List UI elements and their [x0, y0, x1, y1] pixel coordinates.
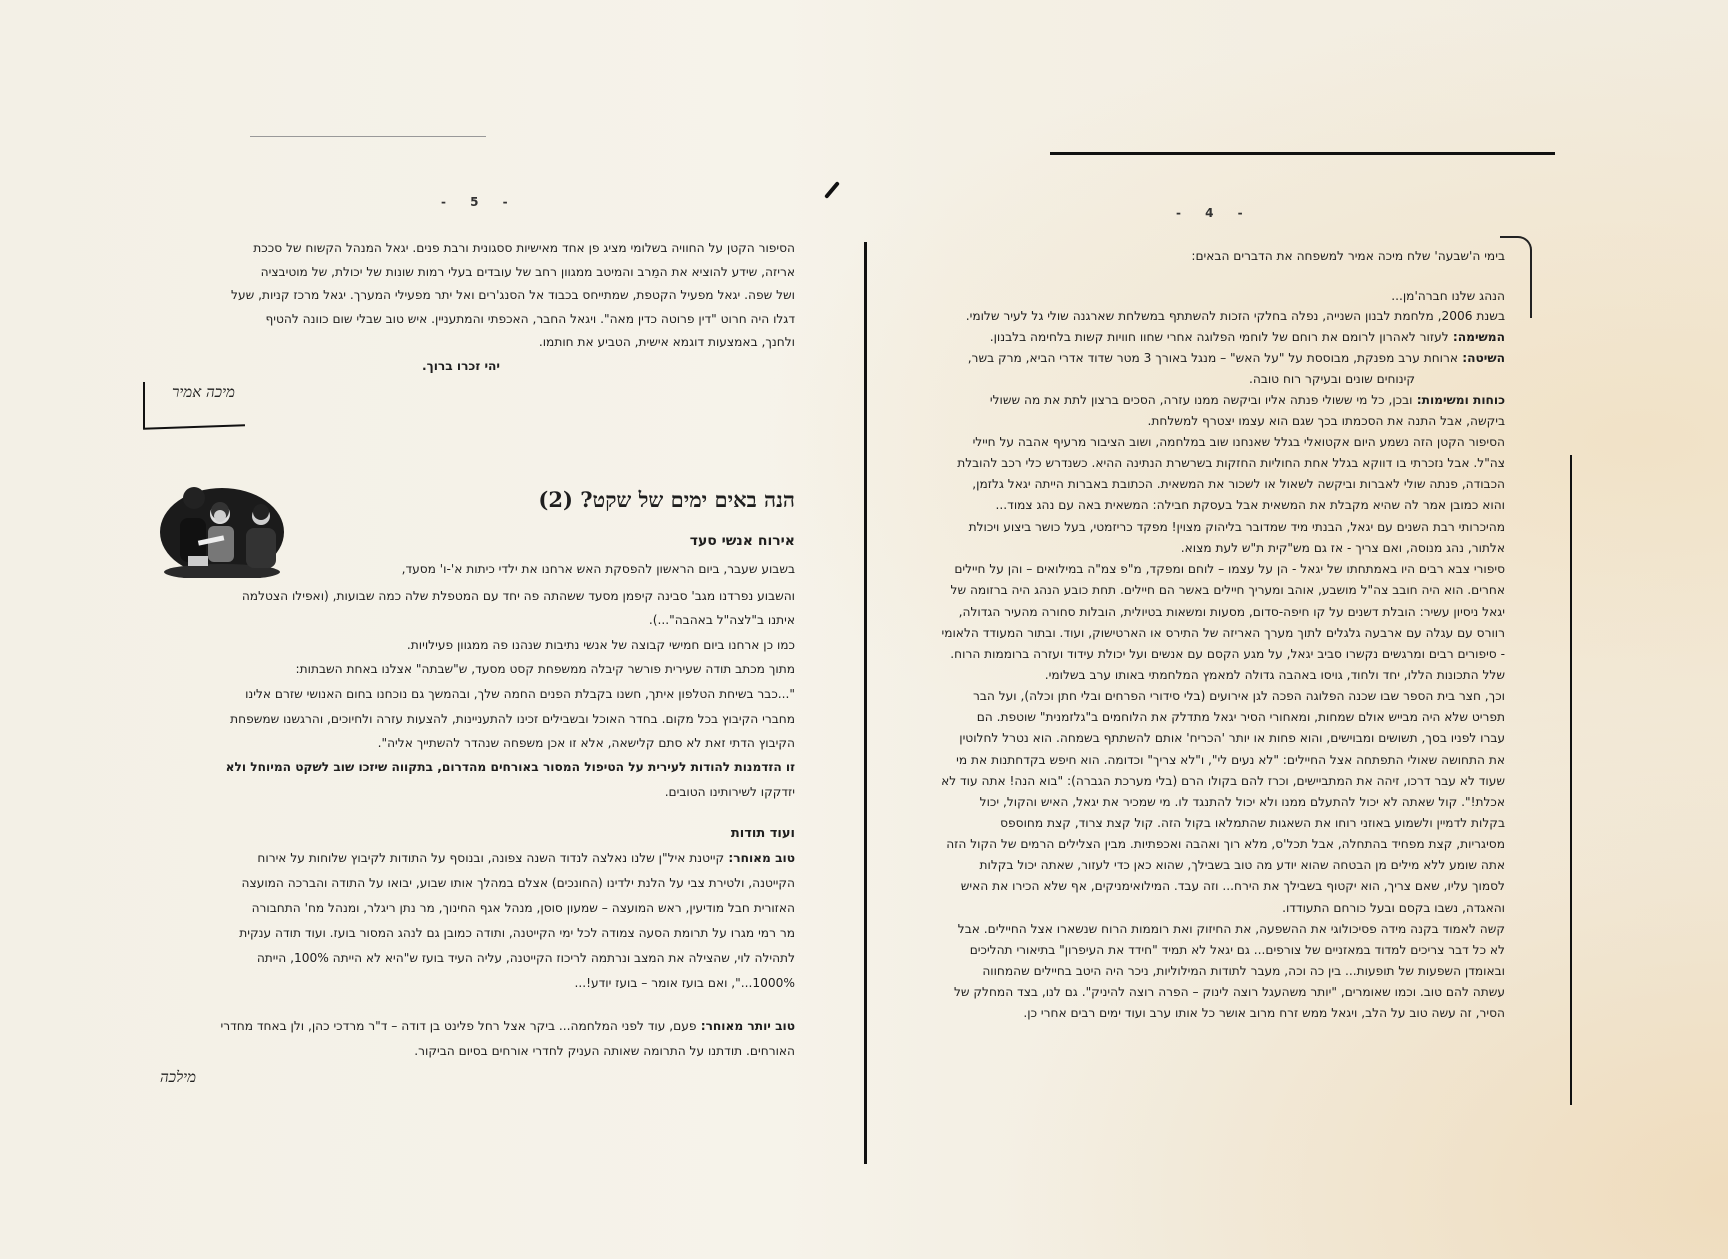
page-number-4: - 4 -	[1176, 206, 1253, 220]
thanks-2-line: טוב יותר מאוחר: פעם, עוד לפני המלחמה... …	[220, 1020, 795, 1032]
page4-line: השיטה: ארוחת ערב מפנקת, מבוססת על "על הא…	[968, 352, 1505, 364]
intro-line: הסיפור הקטן על החוויה בשלומי מציג פן אחד…	[253, 242, 795, 254]
page4-line: עברו לפניו בסך, תשושים ומבוישים, והוא פח…	[959, 732, 1505, 744]
thanks-1-line: מר רמי מגרו על תרומת הסעה צמודה לכל ימי …	[239, 927, 795, 939]
page4-line: המשימה: לעזור לאהרון לרומם את רוחם של לו…	[990, 331, 1505, 343]
signature-box-bottom	[143, 424, 245, 430]
thanks-title: ועוד תודות	[731, 826, 795, 841]
thanks-2-line: האורחים. תודתנו על התרומה שאותה העניק לח…	[414, 1045, 795, 1057]
page4-line: שעוד לא עבר דרכו, זיהה את המתביישים, וכר…	[941, 775, 1505, 787]
line-label: השיטה:	[1458, 351, 1505, 365]
page4-line: רוורס עם עגלה עם ארבעה גלגלים לתוך מערך …	[941, 627, 1505, 639]
intro-line: אריזה, שידע להוציא את המֵרב והמיטב ממגוו…	[261, 266, 795, 278]
page4-line: הסיר, זה עשה טוב על הלב, ויגאל ממש זרח מ…	[1023, 1007, 1505, 1019]
right-side-rule	[1570, 455, 1572, 1105]
thanks-1-line: לתהילה לוי, שהצילה את המצב ונרתמה לריכוז…	[257, 952, 795, 964]
center-divider	[864, 242, 867, 1164]
page4-line: ובאומדן השפעות של תופעות... בין כה וכה, …	[982, 965, 1505, 977]
section-line: זו הזדמנות להודות לעירית על הטיפול המסור…	[226, 761, 795, 773]
thanks-1-line: טוב מאוחר: קייטנת איל"ן שלנו נאלצה לנדוד…	[257, 852, 795, 864]
intro-line: ולחנך, באמצעות דוגמא אישית, הטביע את חות…	[539, 336, 795, 348]
page4-line: יגאל ניסיון עשיר: הובלת דשנים על קו חיפה…	[959, 606, 1505, 618]
page4-line: מהיכרותי רבת השנים עם יגאל, הבנתי מיד שמ…	[969, 521, 1505, 533]
page4-line: מסיגריות, קצת מפחיד בהתחלה, אבל תכל'ס, מ…	[946, 838, 1505, 850]
page4-line: כוחות ומשימות: ובכן, כל מי ששולי פנתה אל…	[990, 394, 1505, 406]
thanks-1-line: 1000%...", ואם בועז אומר – בועז יודע!...	[575, 977, 796, 989]
page4-line: אחרים. הוא היה חובב צה"ל מושבע, אוהב ומע…	[951, 584, 1505, 596]
line-text: לעזור לאהרון לרומם את רוחם של לוחמי הפלו…	[990, 330, 1449, 344]
signature-milka: מילכה	[160, 1068, 196, 1087]
page4-line: בקלות לדמיין ולשמוע באוזני רוחו את השאגו…	[1000, 817, 1505, 829]
memorial-line: יהי זכרו ברוך.	[422, 360, 500, 372]
page4-line: - סיפורים רבים ומרגשים נקשרו סביב יגאל, …	[950, 648, 1505, 660]
line-text: פעם, עוד לפני המלחמה... ביקר אצל רחל פלי…	[220, 1019, 696, 1033]
line-label: המשימה:	[1449, 330, 1505, 344]
intro-line: דגלו היה חרוט "דין פרוטה כדין מאה". ויגא…	[265, 313, 795, 325]
page4-line: שלל התכונות הללו, יחד ולחוד, גויסו באהבה…	[1045, 669, 1505, 681]
section-line: הקיבוץ הדתי זאת לא סתם קלישאה, אלא זו אכ…	[378, 737, 795, 749]
section-line: איתנו ב"לצה"ל באהבה"...).	[649, 614, 795, 626]
section-line: והשבוע נפרדנו מגב' סבינה קיפמן מסעד ששהת…	[242, 590, 795, 602]
page4-line: בימי ה'שבעה' שלח מיכה אמיר למשפחה את הדב…	[1191, 250, 1505, 262]
people-illustration	[158, 480, 286, 578]
page4-line: אלתור, נהג מנוסה, ואם צריך - אז גם מש"קי…	[1181, 542, 1505, 554]
page-number-5: - 5 -	[441, 195, 518, 209]
section-line: מתוך מכתב תודה שעירית פורשר קיבלה ממשפחת…	[296, 663, 795, 675]
section-line: יזדקקו לשירותינו הטובים.	[665, 786, 795, 798]
thanks-1-line: הקייטנה, ולטירת צבי על הלנת ילדינו (החונ…	[242, 877, 796, 889]
section-line: בשבוע שעבר, ביום הראשון להפסקת האש ארחנו…	[402, 563, 795, 575]
page4-line: ביקשה, אבל התנה את הסכמתו בכך שגם הוא עצ…	[1148, 415, 1505, 427]
page4-line: את התחושה שאולי התפתחה אצל החיילים: "לא …	[956, 754, 1505, 766]
section-line: מחברי הקיבוץ בכל מקום. בחדר האוכל ובשביל…	[230, 713, 795, 725]
section-line: כמו כן ארחנו ביום חמישי קבוצה של אנשי נת…	[407, 639, 795, 651]
signature-micha-amir: מיכה אמיר	[172, 383, 235, 402]
left-page: - 5 - מיכה אמיר	[0, 0, 790, 1259]
line-label: כוחות ומשימות:	[1413, 393, 1506, 407]
section-title: אירוח אנשי סעד	[690, 533, 795, 549]
line-label: טוב יותר מאוחר:	[696, 1019, 795, 1033]
page4-line: אכלת!". קול שאתה לא יכול להתעלם ממנו ולא…	[980, 796, 1505, 808]
page4-line: תפריט שלא היה מבייש אולם שמחות, ומאחורי …	[977, 711, 1505, 723]
page4-line: סיפורי צבא רבים היו באמתחתו של יגאל - הן…	[954, 563, 1505, 575]
page4-line: קשה לאמוד בקנה מידה פסיכולוגי את ההשפעה,…	[958, 923, 1505, 935]
page4-line: והוא כמובן אמר לה שהיא מקבלת את המשאית א…	[996, 499, 1505, 511]
signature-box-vertical	[143, 382, 145, 428]
intro-line: ושל שפה. יגאל מפעיל הקטפת, שמתייחס בכבוד…	[231, 289, 795, 301]
line-text: קייטנת איל"ן שלנו נאלצה לנדוד השנה צפונה…	[257, 851, 724, 865]
line-text: ובכן, כל מי ששולי פנתה אליו וביקשה ממנו …	[990, 393, 1413, 407]
page4-line: עשתה להם טוב. וכמו שאומרים, "יותר משהעגל…	[954, 986, 1505, 998]
line-text: ארוחת ערב מפנקת, מבוססת על "על האש" – מנ…	[968, 351, 1458, 365]
page4-line: הכבודה, פנתה שולי לאברות וביקשה לשאול או…	[972, 478, 1505, 490]
page4-line: הנהג שלנו חברה'מן...	[1391, 290, 1505, 302]
top-rule-right	[1050, 152, 1555, 155]
section-line: "...כבר בשיחת הטלפון איתך, חשנו בקבלת הפ…	[245, 688, 795, 700]
page4-line: קינוחים שונים ובעיקר רוח טובה.	[1249, 373, 1415, 385]
page4-line: צה"ל. אבל נזכרתי בו דווקא בגלל אחת החולי…	[957, 457, 1505, 469]
page4-line: והאגדה, נשבו בקסם ובעל כורחם התעודדו.	[1282, 902, 1505, 914]
page4-line: וכך, חצר בית הספר שבו שכנה הפלוגה הפכה ל…	[973, 690, 1505, 702]
article-title: הנה באים ימים של שקט? (2)	[538, 487, 795, 513]
line-label: טוב מאוחר:	[724, 851, 795, 865]
page4-line: לא כל דבר צריכים למדוד במאזניים של צורפי…	[970, 944, 1505, 956]
page4-line: אתה שומע ללא מילים מן הבטחה שהוא יודע מה…	[980, 859, 1506, 871]
thanks-1-line: האזורית חבל מודיעין, ראש המועצה – שמעון …	[252, 902, 795, 914]
top-rule-left	[250, 136, 486, 137]
page4-line: לסמוך עליו, שאם צריך, הוא יקטוף בשבילך א…	[961, 880, 1505, 892]
page4-line: הסיפור הקטן הזה נשמע היום אקטואלי בגלל ש…	[973, 436, 1505, 448]
page4-line: בשנת 2006, מלחמת לבנון השנייה, נפלה בחלק…	[966, 310, 1505, 322]
